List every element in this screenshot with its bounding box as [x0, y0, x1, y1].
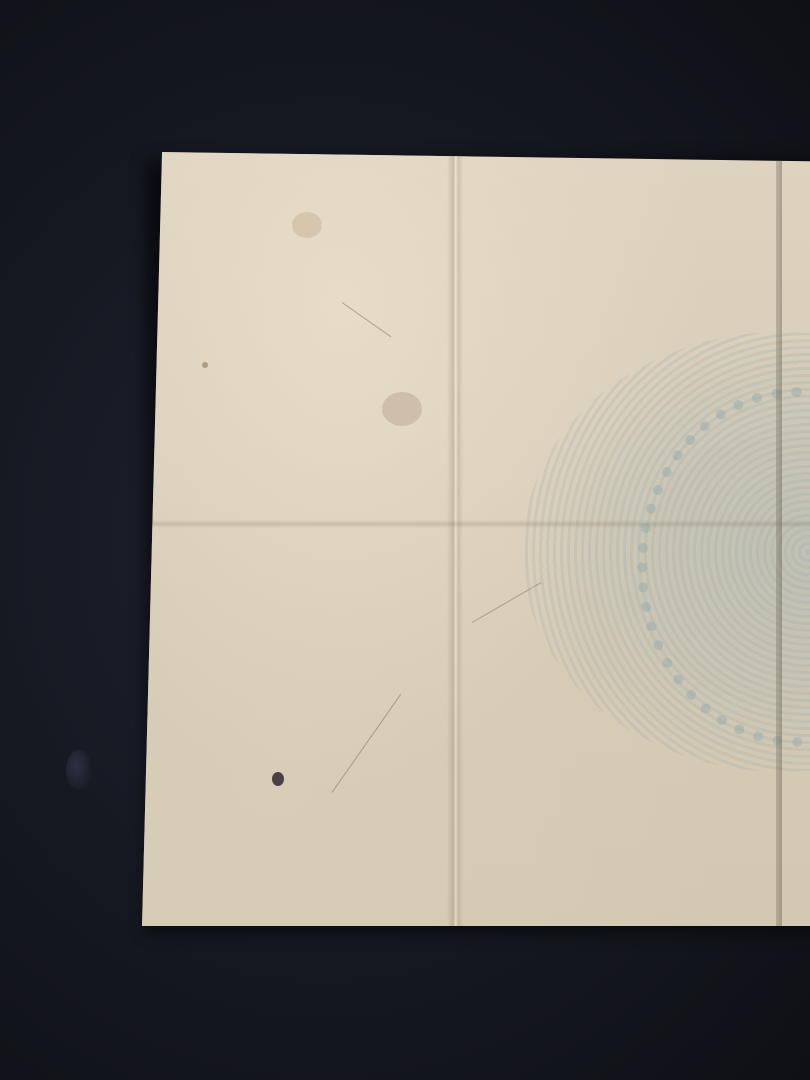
- crease: [342, 302, 392, 337]
- vertical-fold: [447, 152, 463, 926]
- surface-bump: [66, 750, 92, 790]
- discoloration-stain: [382, 392, 422, 426]
- horizontal-fold: [142, 520, 810, 528]
- discoloration-stain: [292, 212, 322, 238]
- right-edge-fold: [776, 152, 782, 926]
- banknote-paper: [142, 152, 810, 926]
- speck: [202, 362, 208, 368]
- ink-stain: [272, 772, 284, 786]
- crease: [332, 694, 402, 793]
